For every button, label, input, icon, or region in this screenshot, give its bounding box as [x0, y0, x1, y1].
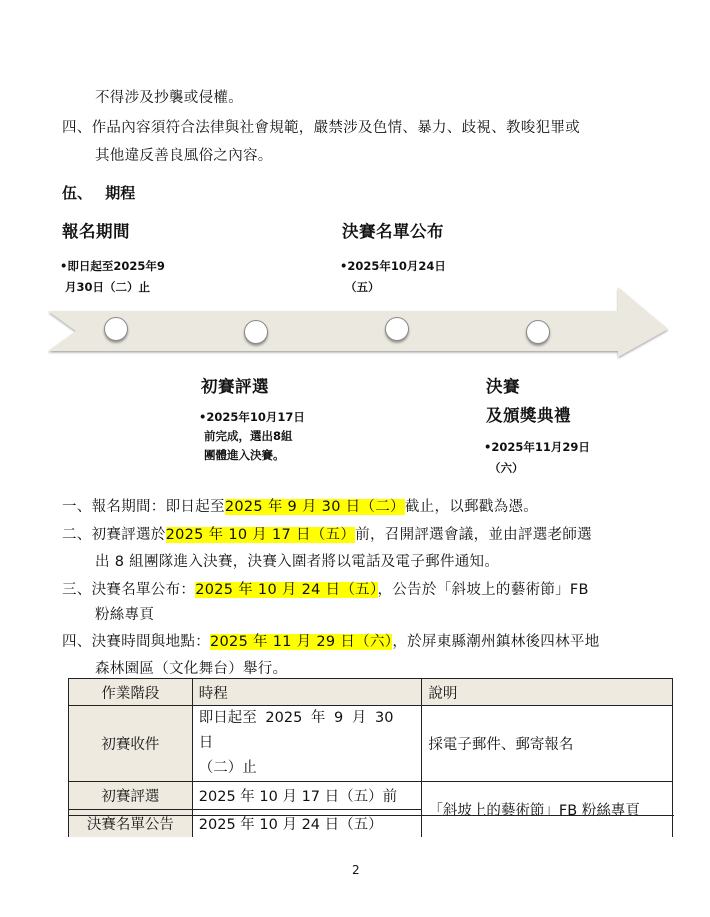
- timeline-stage-2-title: 初賽評選: [201, 373, 269, 397]
- schedule-item-4-line2: 森林園區（文化舞台）舉行。: [95, 657, 287, 678]
- timeline-stage-1-desc: •即日起至2025年9 月30日（二）止: [60, 256, 165, 298]
- timeline-stage-4-desc-line2: （六）: [484, 458, 590, 479]
- schedule-item-4-date: 2025 年 11 月 29 日（六）: [210, 634, 392, 650]
- schedule-item-1-date: 2025 年 9 月 30 日（二）: [225, 499, 405, 515]
- table-cell-stage: 決賽名單公告: [69, 810, 193, 837]
- page-number: 2: [352, 863, 360, 877]
- section-heading: 伍、 期程: [62, 182, 135, 203]
- timeline-stage-3-desc-line1: •2025年10月24日: [340, 256, 446, 277]
- timeline-stage-3-desc: •2025年10月24日 （五）: [340, 256, 446, 298]
- table-header-note: 說明: [422, 679, 673, 706]
- timeline-node-1: [104, 317, 128, 341]
- schedule-item-2: 二、初賽評選於2025 年 10 月 17 日（五）前，召開評選會議，並由評選老…: [62, 523, 592, 544]
- timeline-stage-4-title-line1: 決賽: [486, 373, 520, 397]
- timeline-stage-1-title: 報名期間: [62, 218, 130, 242]
- schedule-item-3-date: 2025 年 10 月 24 日（五）: [195, 582, 377, 598]
- timeline-stage-4-desc-line1: •2025年11月29日: [484, 437, 590, 458]
- table-cell-stage: 初賽評選: [69, 782, 193, 810]
- rule-item-4-line2: 其他違反善良風俗之內容。: [95, 144, 273, 165]
- timeline-stage-2-desc-line3: 團體進入決賽。: [199, 446, 305, 465]
- timeline-stage-2-desc-line2: 前完成，選出8組: [199, 427, 305, 446]
- table-cell-period-line1: 即日起至 2025 年 9 月 30 日: [199, 706, 416, 756]
- schedule-item-2-suffix: 前，召開評選會議，並由評選老師選: [355, 527, 592, 543]
- table-bottom-border: [68, 815, 674, 816]
- table-row: 初賽評選 2025 年 10 月 17 日（五）前 「斜坡上的藝術節」FB 粉絲…: [69, 782, 673, 810]
- table-cell-period: 2025 年 10 月 24 日（五）: [192, 810, 422, 837]
- table-row: 初賽收件 即日起至 2025 年 9 月 30 日 （二）止 採電子郵件、郵寄報…: [69, 706, 673, 782]
- timeline-stage-4-desc: •2025年11月29日 （六）: [484, 437, 590, 479]
- schedule-item-1-suffix: 截止，以郵戳為憑。: [405, 499, 538, 515]
- table-header-period: 時程: [192, 679, 422, 706]
- table-cell-period-line2: （二）止: [199, 756, 416, 781]
- table-header-row: 作業階段 時程 說明: [69, 679, 673, 706]
- rule-item-4-line1: 四、作品內容須符合法律與社會規範，嚴禁涉及色情、暴力、歧視、教唆犯罪或: [62, 116, 580, 137]
- schedule-item-3: 三、決賽名單公布：2025 年 10 月 24 日（五），公告於「斜坡上的藝術節…: [62, 578, 589, 599]
- schedule-item-4-label: 四、決賽時間與地點：: [62, 634, 210, 650]
- rule-continuation-text: 不得涉及抄襲或侵權。: [95, 86, 243, 107]
- timeline-node-4: [526, 320, 550, 344]
- timeline-stage-1-desc-line1: •即日起至2025年9: [60, 256, 165, 277]
- timeline-stage-3-title: 決賽名單公布: [342, 218, 444, 242]
- timeline-stage-4-title-line2: 及頒獎典禮: [486, 402, 571, 426]
- schedule-item-3-suffix: ，公告於「斜坡上的藝術節」FB: [378, 582, 589, 598]
- section-number: 伍、: [62, 184, 92, 202]
- schedule-item-2-label: 二、初賽評選於: [62, 527, 166, 543]
- table-cell-note: 採電子郵件、郵寄報名: [422, 706, 673, 782]
- schedule-item-3-label: 三、決賽名單公布：: [62, 582, 195, 598]
- timeline-node-3: [385, 317, 409, 341]
- schedule-item-1-label: 一、報名期間：即日起至: [62, 499, 225, 515]
- schedule-item-3-line2: 粉絲專頁: [95, 603, 154, 624]
- schedule-item-2-line2: 出 8 組團隊進入決賽，決賽入圍者將以電話及電子郵件通知。: [95, 550, 499, 571]
- timeline-node-2: [244, 320, 268, 344]
- table-cell-period: 即日起至 2025 年 9 月 30 日 （二）止: [192, 706, 422, 782]
- schedule-item-4: 四、決賽時間與地點：2025 年 11 月 29 日（六），於屏東縣潮州鎮林後四…: [62, 630, 600, 651]
- table-header-stage: 作業階段: [69, 679, 193, 706]
- schedule-item-4-suffix: ，於屏東縣潮州鎮林後四林平地: [392, 634, 599, 650]
- section-title: 期程: [105, 184, 135, 202]
- timeline-stage-2-desc-line1: •2025年10月17日: [199, 408, 305, 427]
- timeline-stage-3-desc-line2: （五）: [340, 277, 446, 298]
- schedule-table: 作業階段 時程 說明 初賽收件 即日起至 2025 年 9 月 30 日 （二）…: [68, 678, 673, 837]
- timeline-stage-1-desc-line2: 月30日（二）止: [60, 277, 165, 298]
- table-cell-note: 「斜坡上的藝術節」FB 粉絲專頁: [422, 782, 673, 837]
- table-cell-stage: 初賽收件: [69, 706, 193, 782]
- timeline-stage-2-desc: •2025年10月17日 前完成，選出8組 團體進入決賽。: [199, 408, 305, 465]
- table-cell-period: 2025 年 10 月 17 日（五）前: [192, 782, 422, 810]
- schedule-item-2-date: 2025 年 10 月 17 日（五）: [166, 527, 356, 543]
- schedule-item-1: 一、報名期間：即日起至2025 年 9 月 30 日（二）截止，以郵戳為憑。: [62, 495, 538, 516]
